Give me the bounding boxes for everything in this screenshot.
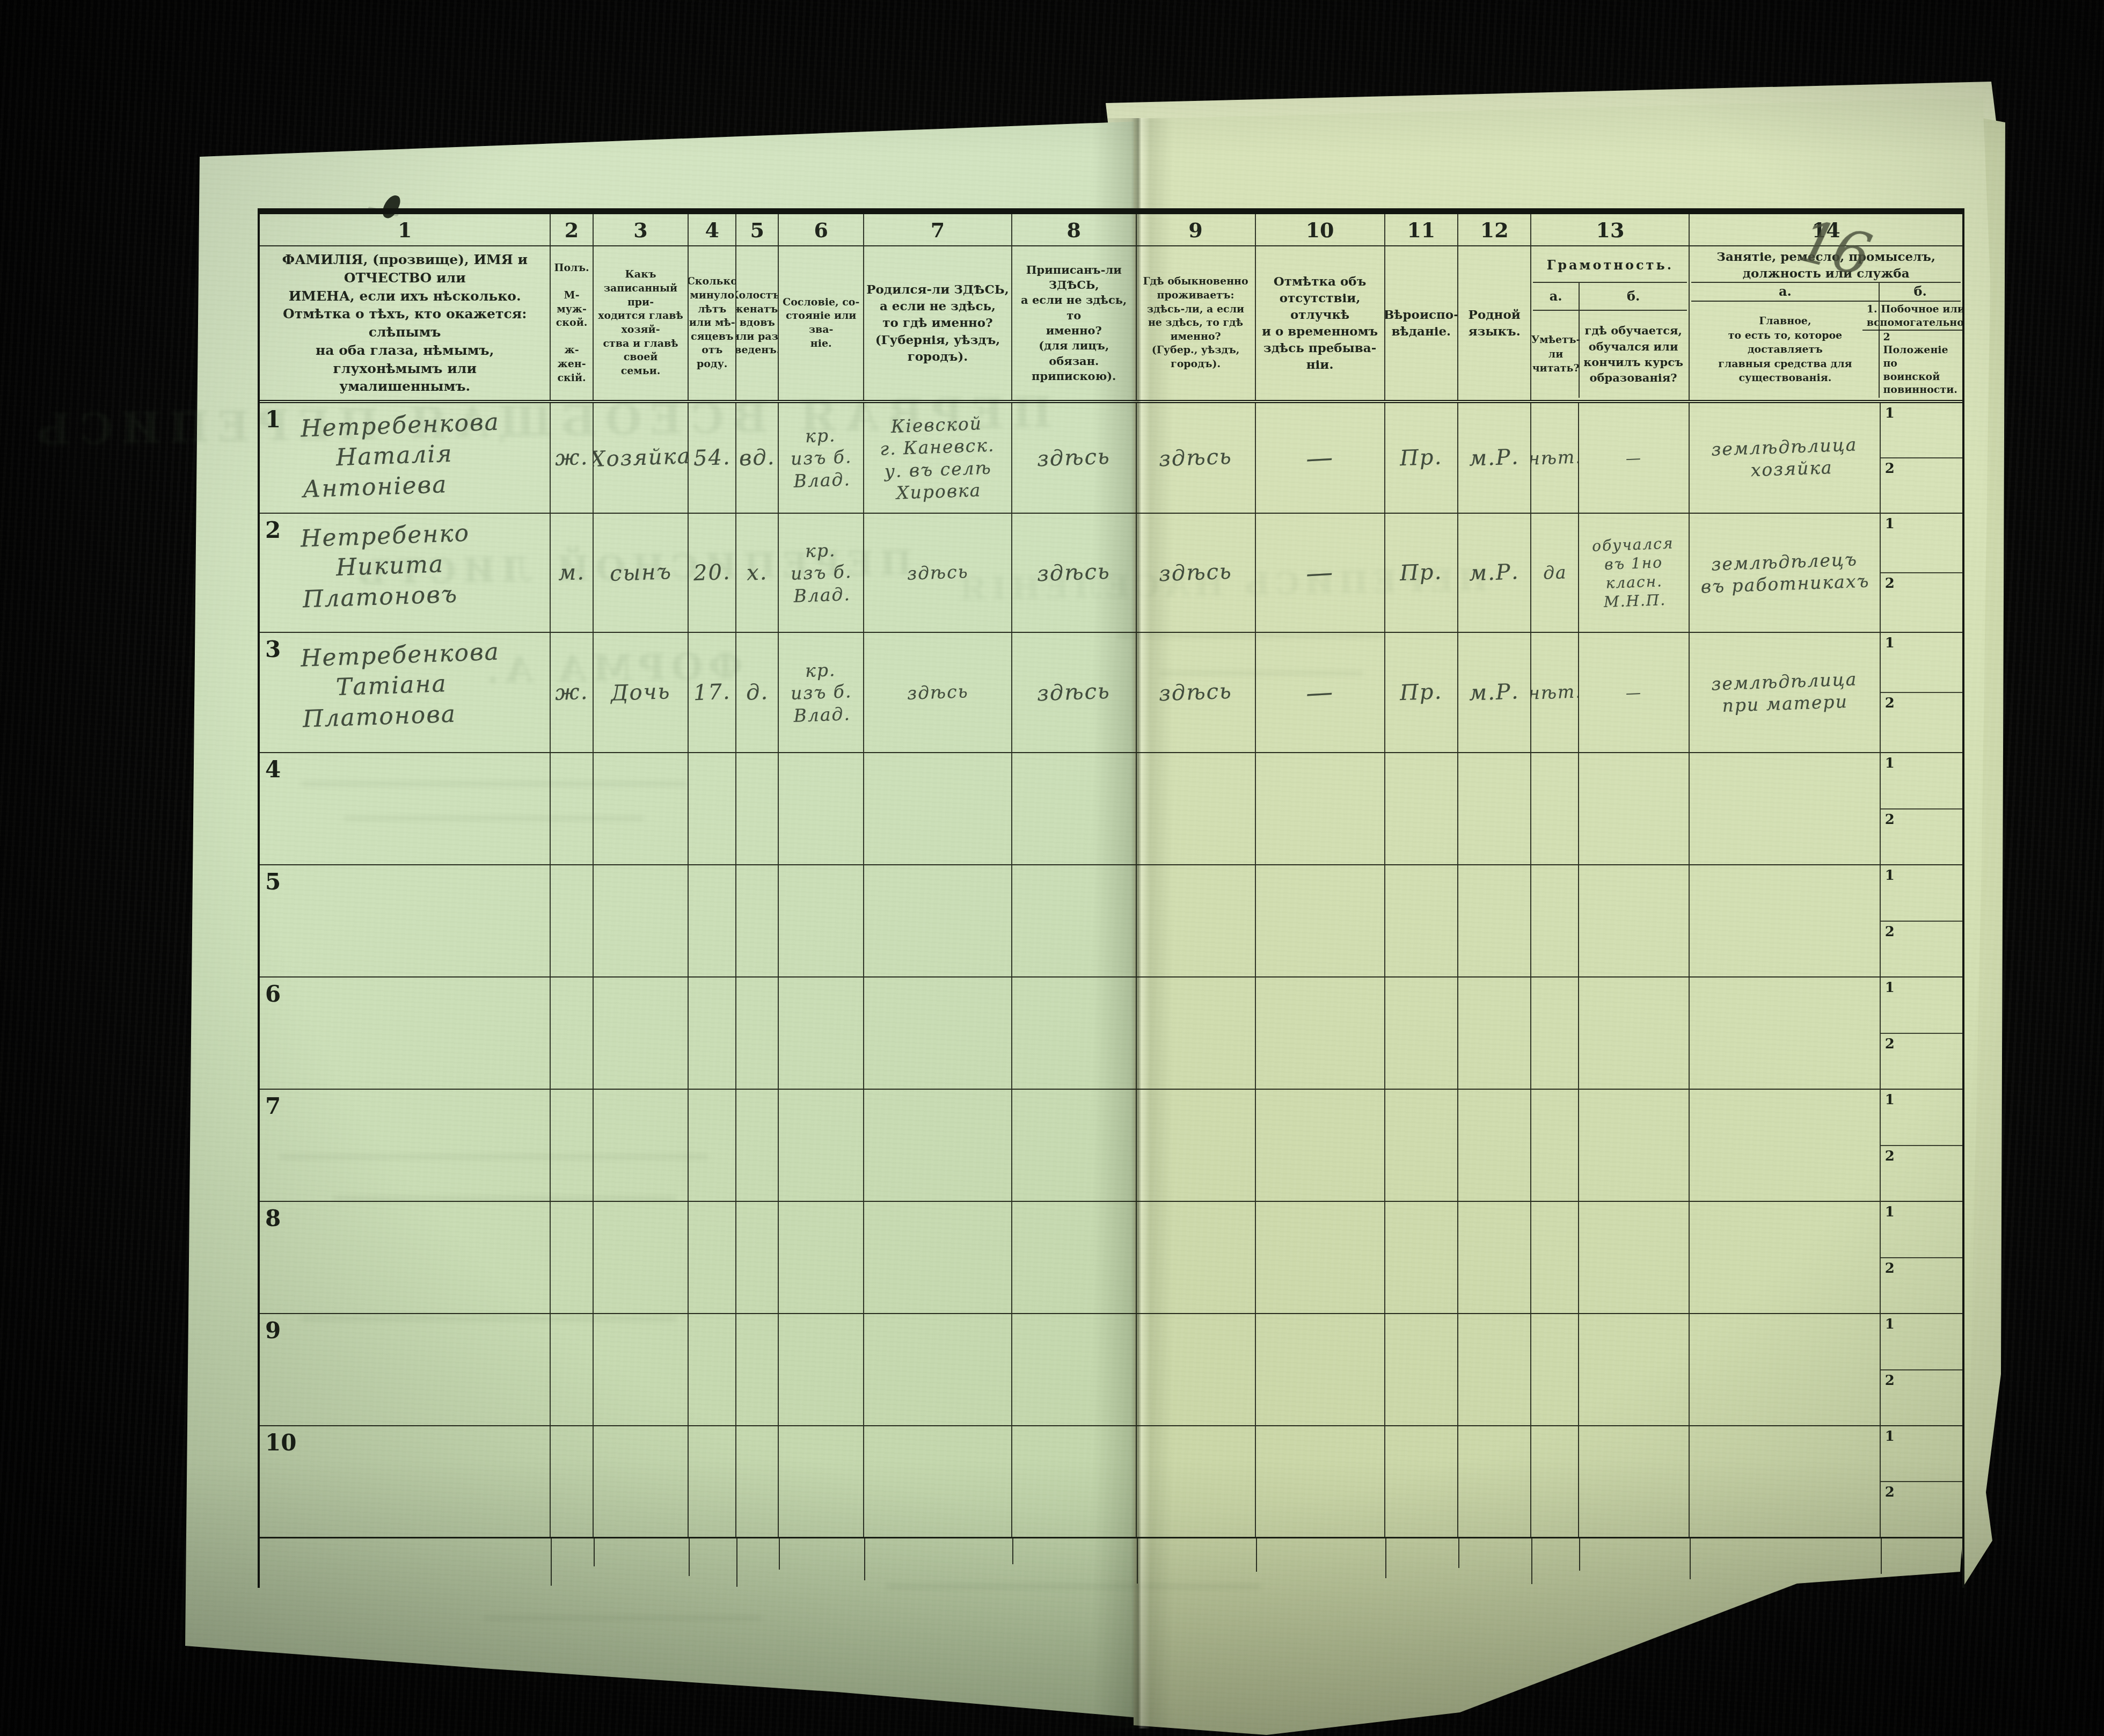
row-number: 6 [265,981,281,1007]
cell-occupation-side: 1 2 [1881,1202,1962,1313]
cell-occupation-main [1690,865,1880,976]
col-number-12: 12 [1458,214,1531,245]
col-number-13: 13 [1531,214,1690,245]
cell-absence [1256,865,1385,976]
cell-estate [779,1426,864,1537]
cell-estate: кр. изъ б. Влад. [779,514,864,632]
row-number: 9 [265,1317,281,1344]
table-row: 6 1 2 [260,978,1962,1090]
cell-occupation-side: 1 2 [1881,1090,1962,1201]
cell-name: 6 [260,978,551,1089]
occupation-side-1: 1 [1881,978,1962,1034]
cell-religion [1385,865,1458,976]
cell-name: 4 [260,753,551,864]
header-occupation-b2: 2 Положеніе по воинской повинности. [1879,331,1961,397]
header-literacy-a-desc: Умѣетъ- ли читать? [1533,311,1579,398]
cell-occupation-main [1690,1202,1880,1313]
cell-absence [1256,1314,1385,1425]
cell-absence: — [1256,403,1385,513]
cell-residence [1137,865,1256,976]
cell-marital: вд. [736,403,779,513]
column-number-row: 1 2 3 4 5 6 7 8 9 10 11 12 13 14 [260,214,1962,246]
cell-sex: ж. [551,403,593,513]
occupation-side-1: 1 [1881,865,1962,922]
cell-age [689,1202,736,1313]
cell-name: 7 [260,1090,551,1201]
cell-literacy-school [1579,1314,1690,1425]
cell-birthplace [864,978,1012,1089]
occupation-side-1: 1 [1881,1314,1962,1370]
cell-literacy-reads [1531,753,1579,864]
cell-literacy-school [1579,1426,1690,1537]
cell-age [689,978,736,1089]
table-row: 9 1 2 [260,1314,1962,1426]
cell-name: 2 Нетребенко Никита Платоновъ [260,514,551,632]
cell-literacy-school [1579,865,1690,976]
cell-occupation-side: 1 2 [1881,753,1962,864]
cell-occupation-main [1690,753,1880,864]
cell-birthplace [864,1090,1012,1201]
table-row: 2 Нетребенко Никита Платоновъ м. сынъ 20… [260,514,1962,633]
cell-age [689,1426,736,1537]
cell-literacy-reads: нѣт. [1531,633,1579,752]
table-row: 3 Нетребенкова Татіана Платонова ж. Дочь… [260,633,1962,753]
cell-name: 5 [260,865,551,976]
cell-registered [1012,1426,1137,1537]
cell-absence [1256,1202,1385,1313]
header-birthplace: Родился-ли ЗДѢСЬ, а если не здѣсь, то гд… [864,246,1012,400]
cell-sex: ж. [551,633,593,752]
cell-literacy-reads [1531,1202,1579,1313]
cell-sex [551,753,593,864]
row-number: 4 [265,756,281,783]
cell-relation [594,753,689,864]
occupation-side-1: 1 [1881,1202,1962,1258]
cell-occupation-side: 1 2 [1881,514,1962,632]
cell-religion: Пр. [1385,403,1458,513]
cell-religion [1385,978,1458,1089]
row-number: 5 [265,869,281,895]
header-age: Сколько минуло лѣтъ или мѣ- сяцевъ отъ р… [689,246,736,400]
header-occupation-b1: 1. Побочное или вспомогательное. [1862,303,1962,330]
header-literacy-title: Грамотность. [1533,249,1687,283]
cell-registered [1012,1314,1137,1425]
cell-language [1458,1314,1531,1425]
cell-literacy-school [1579,1202,1690,1313]
table-row: 10 1 2 [260,1426,1962,1538]
cell-literacy-reads [1531,1314,1579,1425]
header-language: Родной языкъ. [1458,246,1531,400]
cell-literacy-school: — [1579,633,1690,752]
cell-absence [1256,753,1385,864]
cell-birthplace: здѣсь [864,514,1012,632]
col-number-5: 5 [736,214,779,245]
cell-relation [594,978,689,1089]
cell-religion [1385,1426,1458,1537]
cell-relation: Дочь [594,633,689,752]
occupation-side-1: 1 [1881,633,1962,693]
cell-sex [551,1202,593,1313]
cell-sex [551,865,593,976]
cell-language [1458,753,1531,864]
col-number-7: 7 [864,214,1012,245]
occupation-side-2: 2 [1881,1370,1962,1426]
col-number-8: 8 [1012,214,1137,245]
cell-estate [779,1090,864,1201]
cell-language: м.Р. [1458,403,1531,513]
cell-literacy-reads [1531,978,1579,1089]
row-number: 2 [265,517,281,543]
cell-residence: здѣсь [1137,403,1256,513]
cell-residence [1137,1314,1256,1425]
cell-occupation-main [1690,1314,1880,1425]
header-relation: Какъ записанный при- ходится главѣ хозяй… [594,246,689,400]
cell-occupation-main: землѣдѣлица хозяйка [1690,403,1880,513]
occupation-side-1: 1 [1881,1090,1962,1146]
cell-occupation-main: землѣдѣлица при матери [1690,633,1880,752]
table-row: 4 1 2 [260,753,1962,865]
header-marital: Холостъ, женатъ, вдовъ или раз- веденъ. [736,246,779,400]
cell-name: 10 [260,1426,551,1537]
name-entry: Нетребенкова Татіана Платонова [300,637,502,735]
row-number: 10 [265,1429,296,1456]
cell-marital [736,1090,779,1201]
cell-residence [1137,978,1256,1089]
cell-literacy-school [1579,978,1690,1089]
header-occupation-b-label: б. [1880,283,1960,301]
col-number-6: 6 [779,214,864,245]
cell-absence [1256,978,1385,1089]
cell-birthplace [864,1426,1012,1537]
header-residence: Гдѣ обыкновенно проживаетъ: здѣсь-ли, а … [1137,246,1256,400]
header-occupation-a-desc: Главное, то есть то, которое доставляетъ… [1691,302,1880,398]
header-religion: Вѣроиспо- вѣданіе. [1385,246,1458,400]
occupation-side-2: 2 [1881,458,1962,513]
cell-occupation-main: землѣдѣлецъ въ работникахъ [1690,514,1880,632]
cell-marital [736,1202,779,1313]
cell-registered [1012,753,1137,864]
cell-registered [1012,978,1137,1089]
cell-literacy-reads: нѣт. [1531,403,1579,513]
cell-estate: кр. изъ б. Влад. [779,403,864,513]
cell-sex [551,1426,593,1537]
header-sex: Полъ. М-муж- ской. ж-жен- скій. [551,246,593,400]
cell-occupation-main [1690,1090,1880,1201]
cell-marital [736,1426,779,1537]
cell-age [689,1090,736,1201]
cell-relation [594,1426,689,1537]
cell-birthplace: здѣсь [864,633,1012,752]
cell-birthplace [864,1202,1012,1313]
occupation-side-1: 1 [1881,753,1962,809]
cell-religion [1385,753,1458,864]
cell-occupation-main [1690,1426,1880,1537]
header-literacy-a-label: a. [1533,283,1579,310]
cell-name: 1 Нетребенкова Наталія Антоніева [260,403,551,513]
col-number-10: 10 [1256,214,1385,245]
cell-religion [1385,1202,1458,1313]
cell-sex [551,1314,593,1425]
cell-literacy-school: — [1579,403,1690,513]
cell-estate [779,753,864,864]
cell-name: 8 [260,1202,551,1313]
cell-registered [1012,1202,1137,1313]
census-document-photo: ПЕРВАЯ ВСЕОБЩАЯ ПЕРЕПИСЬ ПЕРЕПИСНОЙ ЛИСТ… [0,0,2104,1736]
occupation-side-2: 2 [1881,809,1962,865]
cell-age [689,1314,736,1425]
cell-registered [1012,865,1137,976]
cell-religion: Пр. [1385,514,1458,632]
cell-literacy-school [1579,753,1690,864]
occupation-side-2: 2 [1881,693,1962,752]
cell-registered: здѣсь [1012,403,1137,513]
cell-absence: — [1256,514,1385,632]
cell-estate: кр. изъ б. Влад. [779,633,864,752]
cell-estate [779,865,864,976]
cell-absence [1256,1426,1385,1537]
cell-relation: сынъ [594,514,689,632]
cell-sex [551,1090,593,1201]
column-line-stubs [260,1538,1962,1588]
cell-language [1458,1090,1531,1201]
cell-age: 20. [689,514,736,632]
cell-occupation-side: 1 2 [1881,865,1962,976]
cell-religion [1385,1314,1458,1425]
name-entry: Нетребенко Никита Платоновъ [300,519,472,615]
cell-residence [1137,753,1256,864]
occupation-side-1: 1 [1881,1426,1962,1482]
cell-estate [779,1202,864,1313]
occupation-side-1: 1 [1881,403,1962,458]
cell-registered [1012,1090,1137,1201]
header-absence: Отмѣтка объ отсутствіи, отлучкѣ и о врем… [1256,246,1385,400]
row-number: 7 [265,1093,281,1119]
cell-language [1458,1202,1531,1313]
occupation-side-2: 2 [1881,922,1962,977]
cell-birthplace [864,865,1012,976]
cell-occupation-side: 1 2 [1881,403,1962,513]
cell-literacy-reads: да [1531,514,1579,632]
cell-occupation-side: 1 2 [1881,978,1962,1089]
cell-marital [736,753,779,864]
cell-birthplace [864,753,1012,864]
col-number-11: 11 [1385,214,1458,245]
cell-occupation-side: 1 2 [1881,1426,1962,1537]
cell-marital: х. [736,514,779,632]
cell-sex [551,978,593,1089]
cell-age: 54. [689,403,736,513]
cell-residence: здѣсь [1137,633,1256,752]
cell-occupation-side: 1 2 [1881,1314,1962,1425]
header-literacy-b-desc: гдѣ обучается, обучался или кончилъ курс… [1580,311,1687,398]
header-literacy-group: Грамотность. a. б. Умѣетъ- ли читать? гд… [1531,246,1690,400]
table-header-row: ФАМИЛІЯ, (прозвище), ИМЯ и ОТЧЕСТВО или … [260,246,1962,403]
cell-residence [1137,1202,1256,1313]
cell-registered: здѣсь [1012,633,1137,752]
cell-language [1458,978,1531,1089]
cell-registered: здѣсь [1012,514,1137,632]
cell-marital: д. [736,633,779,752]
table-row: 7 1 2 [260,1090,1962,1202]
cell-name: 9 [260,1314,551,1425]
header-occupation-b-desc: 1. Побочное или вспомогательное. 2 Полож… [1880,302,1960,398]
cell-religion [1385,1090,1458,1201]
cell-birthplace: Кіевской г. Каневск. у. въ селѣ Хировка [864,403,1012,513]
header-surname: ФАМИЛІЯ, (прозвище), ИМЯ и ОТЧЕСТВО или … [260,246,551,400]
occupation-side-1: 1 [1881,514,1962,573]
cell-residence [1137,1090,1256,1201]
cell-language: м.Р. [1458,514,1531,632]
occupation-side-2: 2 [1881,1258,1962,1314]
cell-age [689,753,736,864]
cell-residence: здѣсь [1137,514,1256,632]
col-number-4: 4 [689,214,736,245]
cell-relation [594,1314,689,1425]
census-table: 1 2 3 4 5 6 7 8 9 10 11 12 13 14 ФАМИЛІЯ… [258,208,1964,1588]
cell-birthplace [864,1314,1012,1425]
cell-marital [736,865,779,976]
cell-relation: Хозяйка [594,403,689,513]
cell-relation [594,865,689,976]
cell-relation [594,1202,689,1313]
row-number: 8 [265,1205,281,1231]
cell-literacy-reads [1531,865,1579,976]
cell-language: м.Р. [1458,633,1531,752]
cell-sex: м. [551,514,593,632]
row-number: 1 [265,406,281,433]
name-entry: Нетребенкова Наталія Антоніева [300,407,502,505]
cell-absence [1256,1090,1385,1201]
cell-name: 3 Нетребенкова Татіана Платонова [260,633,551,752]
cell-literacy-reads [1531,1426,1579,1537]
header-estate: Сословіе, со- стояніе или зва- ніе. [779,246,864,400]
occupation-side-2: 2 [1881,1034,1962,1089]
cell-marital [736,978,779,1089]
table-body: 1 Нетребенкова Наталія Антоніева ж. Хозя… [260,403,1962,1538]
cell-literacy-school: обучался въ 1но класн. М.Н.П. [1579,514,1690,632]
header-literacy-b-label: б. [1580,283,1687,310]
cell-relation [594,1090,689,1201]
cell-literacy-reads [1531,1090,1579,1201]
row-number: 3 [265,636,281,662]
cell-estate [779,978,864,1089]
cell-estate [779,1314,864,1425]
cell-age [689,865,736,976]
table-row: 5 1 2 [260,865,1962,978]
occupation-side-2: 2 [1881,1482,1962,1537]
cell-language [1458,1426,1531,1537]
cell-absence: — [1256,633,1385,752]
cell-occupation-side: 1 2 [1881,633,1962,752]
cell-occupation-main [1690,978,1880,1089]
cell-religion: Пр. [1385,633,1458,752]
cell-language [1458,865,1531,976]
cell-age: 17. [689,633,736,752]
cell-literacy-school [1579,1090,1690,1201]
occupation-side-2: 2 [1881,573,1962,632]
cell-marital [736,1314,779,1425]
table-row: 1 Нетребенкова Наталія Антоніева ж. Хозя… [260,403,1962,514]
col-number-1: 1 [260,214,551,245]
col-number-3: 3 [594,214,689,245]
cell-residence [1137,1426,1256,1537]
occupation-side-2: 2 [1881,1146,1962,1201]
header-registered: Приписанъ-ли ЗДѢСЬ, а если не здѣсь, то … [1012,246,1137,400]
col-number-9: 9 [1137,214,1256,245]
table-row: 8 1 2 [260,1202,1962,1314]
col-number-2: 2 [551,214,593,245]
